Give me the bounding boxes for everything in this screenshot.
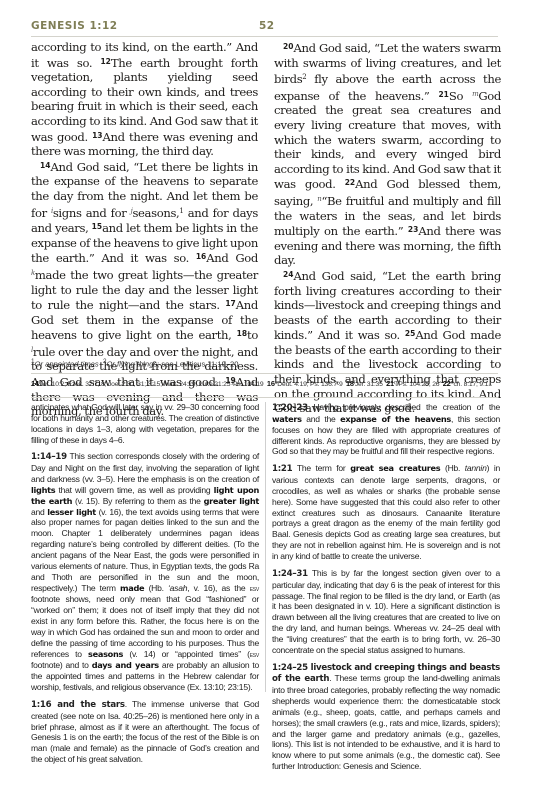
verse-number: 18 <box>237 329 247 338</box>
cross-reference-divider <box>31 397 498 398</box>
note-reference: 1:14–19 <box>31 452 67 462</box>
note-reference: 1:16 and the stars <box>31 700 125 710</box>
study-note: 1:24–25 livestock and creeping things an… <box>272 662 500 772</box>
study-note: 1:14–19 This section corresponds closely… <box>31 451 259 693</box>
study-note: 1:21 The term for great sea creatures (H… <box>272 463 500 562</box>
verse-number: 24 <box>283 270 293 279</box>
study-notes: anticipates what God will later say in v… <box>31 402 498 802</box>
cross-reference-entry[interactable]: 18lJer. 31:35 <box>346 381 383 388</box>
scripture-text: according to its kind, on the earth.” An… <box>31 40 498 352</box>
cross-reference-entry[interactable]: 22nch. 8:17; 9:1 <box>443 381 489 388</box>
cross-reference-entry[interactable]: 16kDeut. 4:19; Ps. 136:7-9 <box>267 381 343 388</box>
study-notes-column-right: 1:20–23 Having previously described the … <box>272 402 500 778</box>
running-head-reference: GENESIS 1:12 <box>31 20 118 32</box>
column-divider <box>265 402 266 692</box>
study-note: 1:20–23 Having previously described the … <box>272 402 500 457</box>
scripture-paragraph: 24And God said, “Let the earth bring for… <box>274 268 501 416</box>
verse-number: 13 <box>92 131 102 140</box>
footnote-text: Or flying things <box>106 360 157 369</box>
study-note: 1:16 and the stars. The immense universe… <box>31 699 259 765</box>
verse-number: 20 <box>283 42 293 51</box>
note-reference: 1:21 <box>272 464 292 474</box>
verse-number: 14 <box>40 161 50 170</box>
footnote-text: ; see Leviticus 11:19–20 <box>157 360 238 369</box>
verse-number: 12 <box>100 57 110 66</box>
verse-number: 23 <box>408 225 418 234</box>
cross-references: 14iJer. 10:2; Ezek. 32:7, 8; Joel 2:30, … <box>31 379 501 388</box>
note-reference: 1:20–23 <box>272 403 308 413</box>
cross-reference-entry[interactable]: 21mPs. 104:25, 26 <box>386 381 439 388</box>
running-head: GENESIS 1:12 52 <box>31 20 508 34</box>
cross-reference-entry[interactable]: 14iJer. 10:2; Ezek. 32:7, 8; Joel 2:30, … <box>31 381 264 388</box>
note-reference: 1:24–31 <box>272 569 308 579</box>
verse-number: 15 <box>92 222 102 231</box>
verse-number: 22 <box>345 178 355 187</box>
footnote-text: Or appointed times <box>35 360 99 369</box>
header-divider <box>31 36 498 37</box>
verse-number: 21 <box>438 90 448 99</box>
verse-number: 17 <box>225 299 235 308</box>
bible-page: GENESIS 1:12 52 according to its kind, o… <box>31 0 508 808</box>
verse-number: 16 <box>196 252 206 261</box>
scripture-paragraph: 20And God said, “Let the waters swarm wi… <box>274 40 501 268</box>
page-number: 52 <box>259 20 275 32</box>
study-notes-column-left: anticipates what God will later say in v… <box>31 402 259 771</box>
translation-footnotes: 1Or appointed times 2Or flying things; s… <box>31 358 498 369</box>
footnote-divider <box>31 373 498 374</box>
study-note: 1:24–31 This is by far the longest secti… <box>272 568 500 656</box>
scripture-paragraph: according to its kind, on the earth.” An… <box>31 40 258 159</box>
verse-number: 25 <box>405 329 415 338</box>
study-note: anticipates what God will later say in v… <box>31 402 259 445</box>
